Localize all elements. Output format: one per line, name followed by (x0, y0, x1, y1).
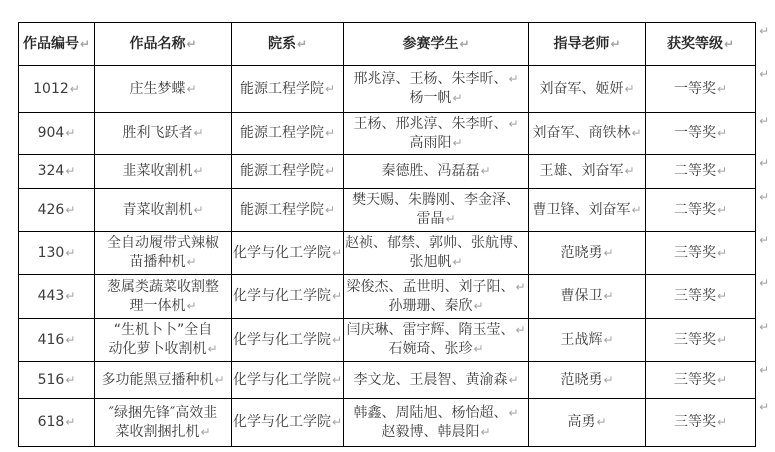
cell-text: 菜收割捆扎机 (115, 424, 199, 440)
cell-text: 参赛学生 (403, 36, 459, 52)
line-break-mark: ↵ (453, 136, 463, 150)
line-break-mark: ↵ (604, 333, 614, 347)
cell-text: 化学与化工学院 (233, 288, 331, 304)
cell-line: 443↵ (20, 287, 93, 306)
work-name-cell: “生机卜卜”全自动化萝卜收割机↵ (95, 319, 232, 362)
line-break-mark: ↵ (460, 37, 470, 51)
department-cell: 化学与化工学院↵ (232, 232, 344, 275)
column-header: 获奖等级↵ (646, 23, 756, 66)
cell-line: 樊天赐、朱腾刚、李金泽、 (345, 191, 527, 210)
work-name-cell: 胜利飞跃者↵ (95, 113, 232, 155)
cell-line: 动化萝卜收割机↵ (96, 340, 230, 359)
row-end-mark: ↵ (759, 321, 769, 333)
line-break-mark: ↵ (65, 164, 75, 178)
department-cell: 化学与化工学院↵ (232, 362, 344, 399)
cell-text: 秦德胜、冯磊磊 (382, 163, 480, 179)
column-header: 作品编号↵ (19, 23, 95, 66)
cell-line: 刘奋军、姬妍↵ (530, 80, 644, 99)
cell-line: 416↵ (20, 331, 93, 350)
cell-text: 青菜收割机 (122, 202, 192, 218)
cell-text: 324 (38, 163, 65, 179)
awards-table: 作品编号↵作品名称↵院系↵参赛学生↵指导老师↵获奖等级↵ 1012↵庄生梦蝶↵能… (18, 22, 756, 447)
cell-text: 范晓勇 (561, 245, 603, 261)
cell-line: 324↵ (20, 162, 93, 181)
cell-line: 三等奖↵ (647, 331, 754, 350)
students-cell: 王杨、邢兆淳、朱李昕、↵高雨阳↵ (344, 113, 529, 155)
line-break-mark: ↵ (214, 373, 224, 387)
cell-text: 刘奋军、姬妍 (540, 81, 624, 97)
award-cell: 二等奖↵ (646, 155, 756, 189)
cell-line: 李文龙、王晨智、黄渝森↵ (345, 371, 527, 390)
line-break-mark: ↵ (325, 164, 335, 178)
cell-text: 904 (38, 125, 65, 141)
cell-text: 范晓勇 (561, 372, 603, 388)
cell-text: 618 (38, 414, 65, 430)
award-cell: 三等奖↵ (646, 275, 756, 319)
work-name-cell: 全自动履带式辣椒苗播种机↵ (95, 232, 232, 275)
cell-line: 130↵ (20, 244, 93, 263)
line-break-mark: ↵ (65, 246, 75, 260)
line-break-mark: ↵ (193, 203, 203, 217)
cell-line: 高勇↵ (530, 413, 644, 432)
cell-text: 胜利飞跃者 (122, 125, 192, 141)
cell-text: 全自动履带式辣椒 (107, 235, 219, 251)
line-break-mark: ↵ (625, 164, 635, 178)
cell-line: 三等奖↵ (647, 287, 754, 306)
line-break-mark: ↵ (332, 373, 342, 387)
cell-line: 能源工程学院↵ (233, 124, 342, 143)
students-cell: 樊天赐、朱腾刚、李金泽、雷晶↵ (344, 189, 529, 232)
cell-line: 二等奖↵ (647, 162, 754, 181)
cell-text: 一等奖 (674, 125, 716, 141)
cell-text: 雷晶 (417, 211, 445, 227)
cell-line: 张旭帆↵ (345, 253, 527, 272)
cell-text: 邢兆淳、王杨、朱李昕、 (354, 71, 508, 87)
line-break-mark: ↵ (481, 164, 491, 178)
table-body: 1012↵庄生梦蝶↵能源工程学院↵邢兆淳、王杨、朱李昕、↵杨一帆↵刘奋军、姬妍↵… (19, 66, 756, 447)
cell-text: 三等奖 (674, 414, 716, 430)
cell-text: “生机卜卜”全自 (114, 322, 213, 338)
cell-text: 三等奖 (674, 372, 716, 388)
cell-text: 理一体机 (129, 298, 185, 314)
line-break-mark: ↵ (516, 280, 526, 294)
table-row: 516↵多功能黑豆播种机↵化学与化工学院↵李文龙、王晨智、黄渝森↵范晓勇↵三等奖… (19, 362, 756, 399)
cell-line: 青菜收割机↵ (96, 201, 230, 220)
work-name-cell: 多功能黑豆播种机↵ (95, 362, 232, 399)
line-break-mark: ↵ (604, 289, 614, 303)
line-break-mark: ↵ (474, 342, 484, 356)
cell-line: 能源工程学院↵ (233, 80, 342, 99)
row-end-mark: ↵ (759, 115, 769, 127)
department-cell: 化学与化工学院↵ (232, 319, 344, 362)
department-cell: 能源工程学院↵ (232, 66, 344, 113)
cell-text: 曹卫锋、刘奋军 (533, 202, 631, 218)
cell-text: 指导老师 (554, 36, 610, 52)
cell-line: 一等奖↵ (647, 80, 754, 99)
table-row: 904↵胜利飞跃者↵能源工程学院↵王杨、邢兆淳、朱李昕、↵高雨阳↵刘奋军、商铁林… (19, 113, 756, 155)
cell-line: 菜收割捆扎机↵ (96, 423, 230, 442)
cell-line: 赵毅博、韩晨阳↵ (345, 423, 527, 442)
cell-text: 多功能黑豆播种机 (101, 372, 213, 388)
line-break-mark: ↵ (481, 425, 491, 439)
award-cell: 三等奖↵ (646, 362, 756, 399)
students-cell: 邢兆淳、王杨、朱李昕、↵杨一帆↵ (344, 66, 529, 113)
line-break-mark: ↵ (186, 82, 196, 96)
cell-text: 王雄、刘奋军 (540, 163, 624, 179)
cell-line: 梁俊杰、孟世明、刘子阳、↵ (345, 278, 527, 297)
teachers-cell: 王雄、刘奋军↵ (529, 155, 646, 189)
line-break-mark: ↵ (717, 289, 727, 303)
line-break-mark: ↵ (453, 91, 463, 105)
cell-text: 三等奖 (674, 332, 716, 348)
row-end-mark: ↵ (759, 157, 769, 169)
line-break-mark: ↵ (717, 203, 727, 217)
cell-line: “生机卜卜”全自 (96, 321, 230, 340)
cell-line: 化学与化工学院↵ (233, 371, 342, 390)
cell-line: 参赛学生↵ (345, 35, 527, 54)
students-cell: 韩鑫、周陆旭、杨怡超、↵赵毅博、韩晨阳↵ (344, 399, 529, 447)
cell-line: 获奖等级↵ (647, 35, 754, 54)
award-cell: 二等奖↵ (646, 189, 756, 232)
cell-line: 刘奋军、商铁林↵ (530, 124, 644, 143)
cell-line: 426↵ (20, 201, 93, 220)
teachers-cell: 刘奋军、姬妍↵ (529, 66, 646, 113)
cell-line: 雷晶↵ (345, 210, 527, 229)
cell-line: 三等奖↵ (647, 371, 754, 390)
table-row: 426↵青菜收割机↵能源工程学院↵樊天赐、朱腾刚、李金泽、雷晶↵曹卫锋、刘奋军↵… (19, 189, 756, 232)
cell-text: 张旭帆 (410, 254, 452, 270)
cell-line: 三等奖↵ (647, 413, 754, 432)
cell-line: 石婉琦、张珍↵ (345, 340, 527, 359)
cell-text: 动化萝卜收割机 (108, 341, 206, 357)
cell-line: 多功能黑豆播种机↵ (96, 371, 230, 390)
cell-text: 1012 (33, 81, 69, 97)
award-cell: 三等奖↵ (646, 399, 756, 447)
cell-text: 获奖等级 (667, 36, 723, 52)
cell-text: 426 (38, 202, 65, 218)
cell-text: 樊天赐、朱腾刚、李金泽、 (352, 192, 520, 208)
work-name-cell: 葱属类蔬菜收割整理一体机↵ (95, 275, 232, 319)
cell-text: ″绿捆先锋″高效韭 (109, 405, 217, 421)
line-break-mark: ↵ (717, 415, 727, 429)
teachers-cell: 王战辉↵ (529, 319, 646, 362)
line-break-mark: ↵ (625, 82, 635, 96)
table-header: 作品编号↵作品名称↵院系↵参赛学生↵指导老师↵获奖等级↵ (19, 23, 756, 66)
department-cell: 能源工程学院↵ (232, 113, 344, 155)
cell-line: 618↵ (20, 413, 93, 432)
cell-line: 邢兆淳、王杨、朱李昕、↵ (345, 70, 527, 89)
cell-line: 王战辉↵ (530, 331, 644, 350)
work-name-cell: 青菜收割机↵ (95, 189, 232, 232)
work-code-cell: 426↵ (19, 189, 95, 232)
cell-line: 化学与化工学院↵ (233, 331, 342, 350)
cell-line: 孙珊珊、秦欣↵ (345, 297, 527, 316)
line-break-mark: ↵ (632, 203, 642, 217)
work-name-cell: 庄生梦蝶↵ (95, 66, 232, 113)
work-name-cell: 韭菜收割机↵ (95, 155, 232, 189)
work-code-cell: 516↵ (19, 362, 95, 399)
cell-line: 杨一帆↵ (345, 89, 527, 108)
cell-text: 赵毅博、韩晨阳 (382, 424, 480, 440)
cell-text: 韭菜收割机 (122, 163, 192, 179)
cell-line: 化学与化工学院↵ (233, 413, 342, 432)
line-break-mark: ↵ (632, 126, 642, 140)
cell-text: 能源工程学院 (240, 81, 324, 97)
line-break-mark: ↵ (332, 333, 342, 347)
table-row: 324↵韭菜收割机↵能源工程学院↵秦德胜、冯磊磊↵王雄、刘奋军↵二等奖↵ (19, 155, 756, 189)
cell-text: 化学与化工学院 (233, 414, 331, 430)
line-break-mark: ↵ (193, 164, 203, 178)
cell-text: 曹保卫 (561, 288, 603, 304)
cell-line: ″绿捆先锋″高效韭 (96, 404, 230, 423)
column-header: 院系↵ (232, 23, 344, 66)
cell-text: 苗播种机 (129, 254, 185, 270)
line-break-mark: ↵ (332, 246, 342, 260)
teachers-cell: 范晓勇↵ (529, 362, 646, 399)
department-cell: 能源工程学院↵ (232, 155, 344, 189)
line-break-mark: ↵ (453, 255, 463, 269)
line-break-mark: ↵ (65, 126, 75, 140)
work-code-cell: 130↵ (19, 232, 95, 275)
cell-text: 一等奖 (674, 81, 716, 97)
cell-text: 二等奖 (674, 202, 716, 218)
cell-text: 能源工程学院 (240, 125, 324, 141)
line-break-mark: ↵ (717, 164, 727, 178)
teachers-cell: 范晓勇↵ (529, 232, 646, 275)
students-cell: 梁俊杰、孟世明、刘子阳、↵孙珊珊、秦欣↵ (344, 275, 529, 319)
cell-text: 130 (38, 245, 65, 261)
line-break-mark: ↵ (332, 415, 342, 429)
cell-text: 梁俊杰、孟世明、刘子阳、 (347, 279, 515, 295)
cell-text: 三等奖 (674, 245, 716, 261)
cell-text: 416 (38, 332, 65, 348)
cell-text: 高雨阳 (410, 135, 452, 151)
row-end-mark: ↵ (759, 364, 769, 376)
line-break-mark: ↵ (509, 72, 519, 86)
teachers-cell: 曹保卫↵ (529, 275, 646, 319)
department-cell: 能源工程学院↵ (232, 189, 344, 232)
table-row: 618↵″绿捆先锋″高效韭菜收割捆扎机↵化学与化工学院↵韩鑫、周陆旭、杨怡超、↵… (19, 399, 756, 447)
cell-text: 孙珊珊、秦欣 (389, 298, 473, 314)
cell-text: 院系 (268, 36, 296, 52)
row-end-mark: ↵ (759, 277, 769, 289)
cell-line: 曹保卫↵ (530, 287, 644, 306)
cell-text: 443 (38, 288, 65, 304)
line-break-mark: ↵ (717, 373, 727, 387)
column-header: 参赛学生↵ (344, 23, 529, 66)
line-break-mark: ↵ (65, 289, 75, 303)
cell-text: 二等奖 (674, 163, 716, 179)
line-break-mark: ↵ (332, 289, 342, 303)
cell-text: 化学与化工学院 (233, 245, 331, 261)
cell-line: 院系↵ (233, 35, 342, 54)
cell-line: 曹卫锋、刘奋军↵ (530, 201, 644, 220)
cell-text: 石婉琦、张珍 (389, 341, 473, 357)
cell-text: 刘奋军、商铁林 (533, 125, 631, 141)
line-break-mark: ↵ (717, 126, 727, 140)
line-break-mark: ↵ (325, 203, 335, 217)
document-page: 作品编号↵作品名称↵院系↵参赛学生↵指导老师↵获奖等级↵ 1012↵庄生梦蝶↵能… (0, 0, 775, 452)
teachers-cell: 高勇↵ (529, 399, 646, 447)
cell-line: 能源工程学院↵ (233, 162, 342, 181)
cell-text: 李文龙、王晨智、黄渝森 (354, 372, 508, 388)
line-break-mark: ↵ (717, 333, 727, 347)
row-end-mark: ↵ (759, 68, 769, 80)
cell-line: 理一体机↵ (96, 297, 230, 316)
students-cell: 赵祯、郁禁、郭帅、张航博、张旭帆↵ (344, 232, 529, 275)
department-cell: 化学与化工学院↵ (232, 275, 344, 319)
cell-line: 二等奖↵ (647, 201, 754, 220)
cell-line: 作品名称↵ (96, 35, 230, 54)
line-break-mark: ↵ (509, 406, 519, 420)
cell-text: 庄生梦蝶 (129, 81, 185, 97)
cell-text: 高勇 (568, 414, 596, 430)
header-row: 作品编号↵作品名称↵院系↵参赛学生↵指导老师↵获奖等级↵ (19, 23, 756, 66)
cell-line: 三等奖↵ (647, 244, 754, 263)
line-break-mark: ↵ (186, 299, 196, 313)
cell-line: 范晓勇↵ (530, 244, 644, 263)
cell-text: 闫庆琳、雷宇辉、隋玉莹、 (347, 322, 515, 338)
line-break-mark: ↵ (717, 82, 727, 96)
cell-line: 作品编号↵ (20, 35, 93, 54)
cell-line: 范晓勇↵ (530, 371, 644, 390)
column-header: 作品名称↵ (95, 23, 232, 66)
cell-line: 赵祯、郁禁、郭帅、张航博、 (345, 234, 527, 253)
line-break-mark: ↵ (200, 425, 210, 439)
students-cell: 李文龙、王晨智、黄渝森↵ (344, 362, 529, 399)
line-break-mark: ↵ (604, 246, 614, 260)
cell-text: 葱属类蔬菜收割整 (107, 279, 219, 295)
cell-text: 化学与化工学院 (233, 332, 331, 348)
line-break-mark: ↵ (65, 203, 75, 217)
work-code-cell: 443↵ (19, 275, 95, 319)
line-break-mark: ↵ (297, 37, 307, 51)
row-end-mark: ↵ (759, 401, 769, 413)
cell-text: 王杨、邢兆淳、朱李昕、 (354, 116, 508, 132)
work-name-cell: ″绿捆先锋″高效韭菜收割捆扎机↵ (95, 399, 232, 447)
line-break-mark: ↵ (474, 299, 484, 313)
cell-line: 闫庆琳、雷宇辉、隋玉莹、↵ (345, 321, 527, 340)
work-code-cell: 618↵ (19, 399, 95, 447)
line-break-mark: ↵ (604, 373, 614, 387)
cell-line: 庄生梦蝶↵ (96, 80, 230, 99)
teachers-cell: 曹卫锋、刘奋军↵ (529, 189, 646, 232)
line-break-mark: ↵ (325, 82, 335, 96)
line-break-mark: ↵ (65, 373, 75, 387)
cell-line: 秦德胜、冯磊磊↵ (345, 162, 527, 181)
line-break-mark: ↵ (80, 37, 90, 51)
row-end-mark: ↵ (759, 234, 769, 246)
line-break-mark: ↵ (611, 37, 621, 51)
column-header: 指导老师↵ (529, 23, 646, 66)
table-row: 130↵全自动履带式辣椒苗播种机↵化学与化工学院↵赵祯、郁禁、郭帅、张航博、张旭… (19, 232, 756, 275)
cell-text: 王战辉 (561, 332, 603, 348)
cell-text: 能源工程学院 (240, 202, 324, 218)
table-row: 1012↵庄生梦蝶↵能源工程学院↵邢兆淳、王杨、朱李昕、↵杨一帆↵刘奋军、姬妍↵… (19, 66, 756, 113)
work-code-cell: 324↵ (19, 155, 95, 189)
teachers-cell: 刘奋军、商铁林↵ (529, 113, 646, 155)
students-cell: 秦德胜、冯磊磊↵ (344, 155, 529, 189)
line-break-mark: ↵ (65, 333, 75, 347)
line-break-mark: ↵ (325, 126, 335, 140)
cell-line: 能源工程学院↵ (233, 201, 342, 220)
line-break-mark: ↵ (70, 82, 80, 96)
line-break-mark: ↵ (717, 246, 727, 260)
cell-line: 韭菜收割机↵ (96, 162, 230, 181)
cell-line: 指导老师↵ (530, 35, 644, 54)
line-break-mark: ↵ (597, 415, 607, 429)
cell-text: 作品编号 (23, 36, 79, 52)
line-break-mark: ↵ (186, 37, 196, 51)
cell-line: 904↵ (20, 124, 93, 143)
table-row: 416↵“生机卜卜”全自动化萝卜收割机↵化学与化工学院↵闫庆琳、雷宇辉、隋玉莹、… (19, 319, 756, 362)
cell-text: 韩鑫、周陆旭、杨怡超、 (354, 405, 508, 421)
line-break-mark: ↵ (65, 415, 75, 429)
cell-line: 王雄、刘奋军↵ (530, 162, 644, 181)
cell-line: 化学与化工学院↵ (233, 287, 342, 306)
cell-text: 516 (38, 372, 65, 388)
cell-line: 高雨阳↵ (345, 134, 527, 153)
cell-line: 化学与化工学院↵ (233, 244, 342, 263)
cell-text: 三等奖 (674, 288, 716, 304)
cell-text: 化学与化工学院 (233, 372, 331, 388)
cell-line: 苗播种机↵ (96, 253, 230, 272)
cell-line: 1012↵ (20, 80, 93, 99)
cell-text: 赵祯、郁禁、郭帅、张航博、 (345, 235, 527, 251)
award-cell: 一等奖↵ (646, 113, 756, 155)
line-break-mark: ↵ (509, 373, 519, 387)
cell-text: 能源工程学院 (240, 163, 324, 179)
table-row: 443↵葱属类蔬菜收割整理一体机↵化学与化工学院↵梁俊杰、孟世明、刘子阳、↵孙珊… (19, 275, 756, 319)
cell-line: 韩鑫、周陆旭、杨怡超、↵ (345, 404, 527, 423)
row-end-mark: ↵ (759, 25, 769, 37)
line-break-mark: ↵ (516, 323, 526, 337)
students-cell: 闫庆琳、雷宇辉、隋玉莹、↵石婉琦、张珍↵ (344, 319, 529, 362)
award-cell: 一等奖↵ (646, 66, 756, 113)
work-code-cell: 904↵ (19, 113, 95, 155)
cell-line: 516↵ (20, 371, 93, 390)
cell-text: 作品名称 (129, 36, 185, 52)
line-break-mark: ↵ (193, 126, 203, 140)
cell-line: 王杨、邢兆淳、朱李昕、↵ (345, 115, 527, 134)
work-code-cell: 1012↵ (19, 66, 95, 113)
cell-line: 一等奖↵ (647, 124, 754, 143)
award-cell: 三等奖↵ (646, 232, 756, 275)
cell-line: 全自动履带式辣椒 (96, 234, 230, 253)
department-cell: 化学与化工学院↵ (232, 399, 344, 447)
row-end-mark: ↵ (759, 191, 769, 203)
line-break-mark: ↵ (446, 212, 456, 226)
line-break-mark: ↵ (186, 255, 196, 269)
cell-line: 葱属类蔬菜收割整 (96, 278, 230, 297)
cell-line: 胜利飞跃者↵ (96, 124, 230, 143)
award-cell: 三等奖↵ (646, 319, 756, 362)
line-break-mark: ↵ (724, 37, 734, 51)
work-code-cell: 416↵ (19, 319, 95, 362)
line-break-mark: ↵ (509, 117, 519, 131)
line-break-mark: ↵ (207, 342, 217, 356)
cell-text: 杨一帆 (410, 90, 452, 106)
